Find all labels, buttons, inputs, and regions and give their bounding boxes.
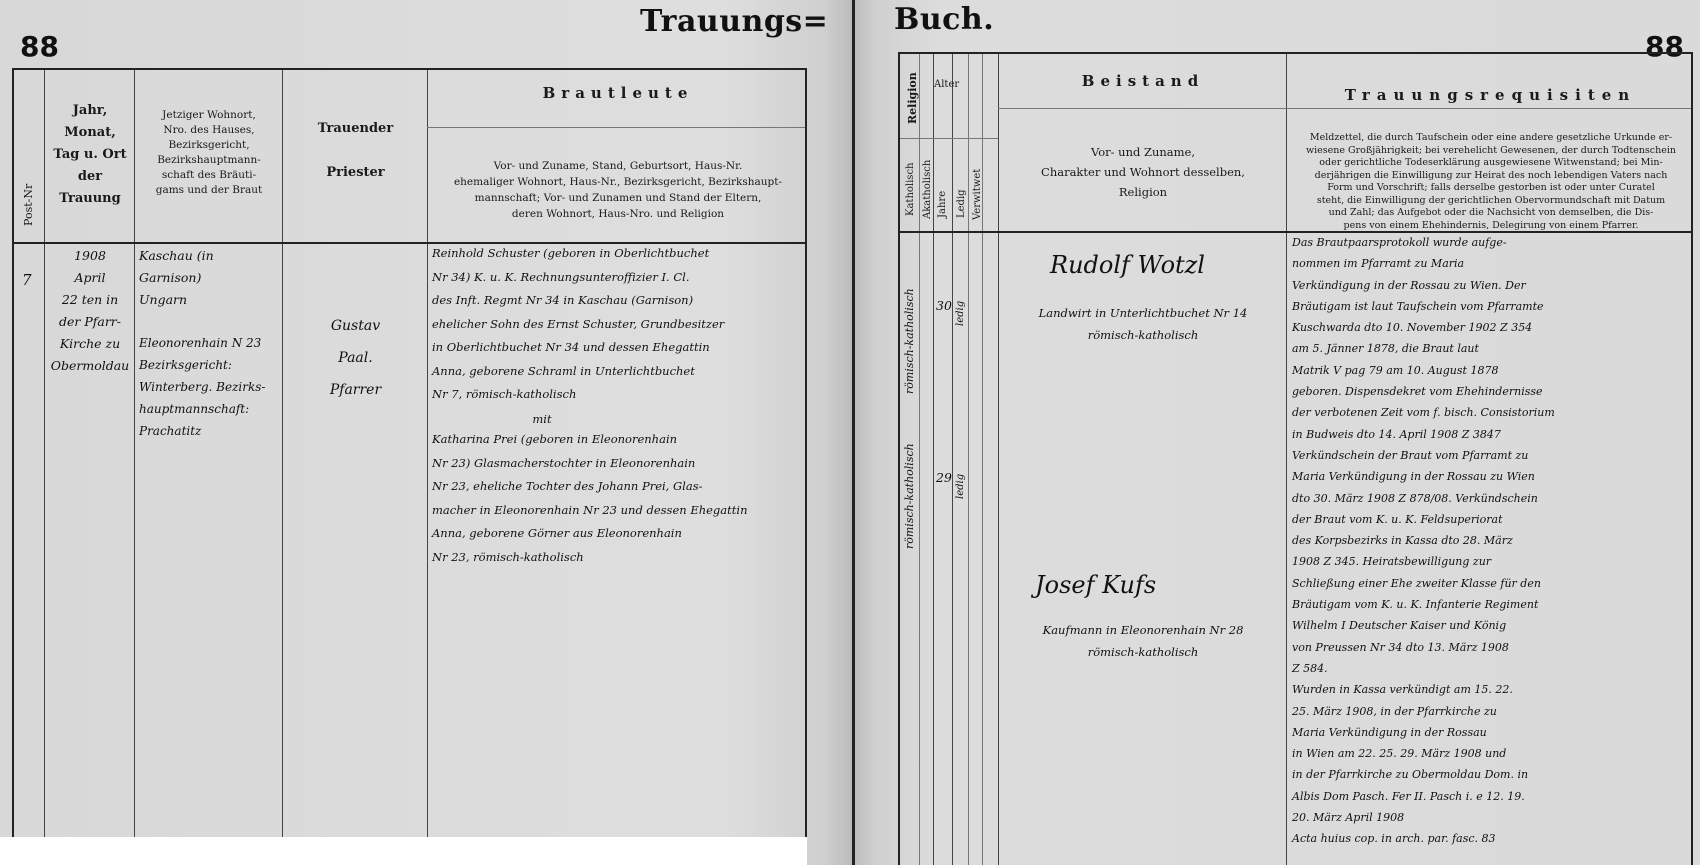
entry-groom: Reinhold Schuster (geboren in Oberlichtb… [432,242,807,407]
header-catholic: Katholisch [902,149,918,229]
witness2-signature: Josef Kufs [1035,574,1156,598]
entry-bride-religion: römisch-katholisch [902,399,918,549]
header-single: Ledig [953,184,968,224]
left-page: 88 Trauungs= Post-Nr Jahr, Monat, Tag u.… [0,0,850,865]
entry-bride: Katharina Prei (geboren in Eleonorenhain… [432,428,807,569]
right-page: 88 Buch. Religion Katholisch Akatholisch… [850,0,1700,865]
entry-bride-age: 29 [936,466,952,490]
entry-post-nr: 7 [22,269,32,293]
header-religion: Religion [904,62,930,134]
entry-requisites: Das Brautpaarsprotokoll wurde aufge- nom… [1292,232,1692,850]
entry-residence-bride: Eleonorenhain N 23 Bezirksgericht: Winte… [139,332,282,442]
right-register-table: Religion Katholisch Akatholisch Alter Ja… [898,52,1693,865]
entry-groom-status: ledig [954,276,968,326]
header-acatholic: Akatholisch [919,149,933,229]
witness1-info: Landwirt in Unterlichtbuchet Nr 14 römis… [1000,302,1286,346]
header-requisites-sub: Meldzettel, die durch Taufschein oder ei… [1292,132,1690,232]
entry-residence-groom: Kaschau (in Garnison) Ungarn [139,245,282,311]
book-title-left: Trauungs= [640,4,828,39]
left-register-table: Post-Nr Jahr, Monat, Tag u. Ort der Trau… [12,68,807,865]
redaction-block [0,837,807,865]
header-date-place: Jahr, Monat, Tag u. Ort der Trauung [46,100,134,210]
header-couple-sub: Vor- und Zuname, Stand, Geburtsort, Haus… [434,158,802,222]
page-number-left: 88 [20,30,59,63]
header-age: Alter [934,76,954,94]
entry-groom-age: 30 [936,294,952,318]
entry-bride-status: ledig [954,449,968,499]
header-priest: Trauender Priester [284,118,427,184]
header-witness-sub: Vor- und Zuname, Charakter und Wohnort d… [1000,142,1286,202]
header-post-nr: Post-Nr [20,170,38,240]
entry-date-place: 1908 April 22 ten in der Pfarr- Kirche z… [46,245,134,377]
entry-groom-religion: römisch-katholisch [902,234,918,394]
witness2-info: Kaufmann in Eleonorenhain Nr 28 römisch-… [1000,619,1286,663]
entry-priest: Gustav Paal. Pfarrer [284,310,427,406]
header-witness-title: Beistand [1000,72,1286,90]
header-residence: Jetziger Wohnort, Nro. des Hauses, Bezir… [136,108,282,198]
header-requisites-title: Trauungsrequisiten [1288,86,1693,104]
witness1-signature: Rudolf Wotzl [1050,254,1205,278]
header-widowed: Verwitwet [969,164,982,224]
header-couple-title: Brautleute [429,84,807,102]
book-gutter [852,0,855,865]
header-years: Jahre [934,184,952,224]
book-title-right: Buch. [894,2,994,37]
